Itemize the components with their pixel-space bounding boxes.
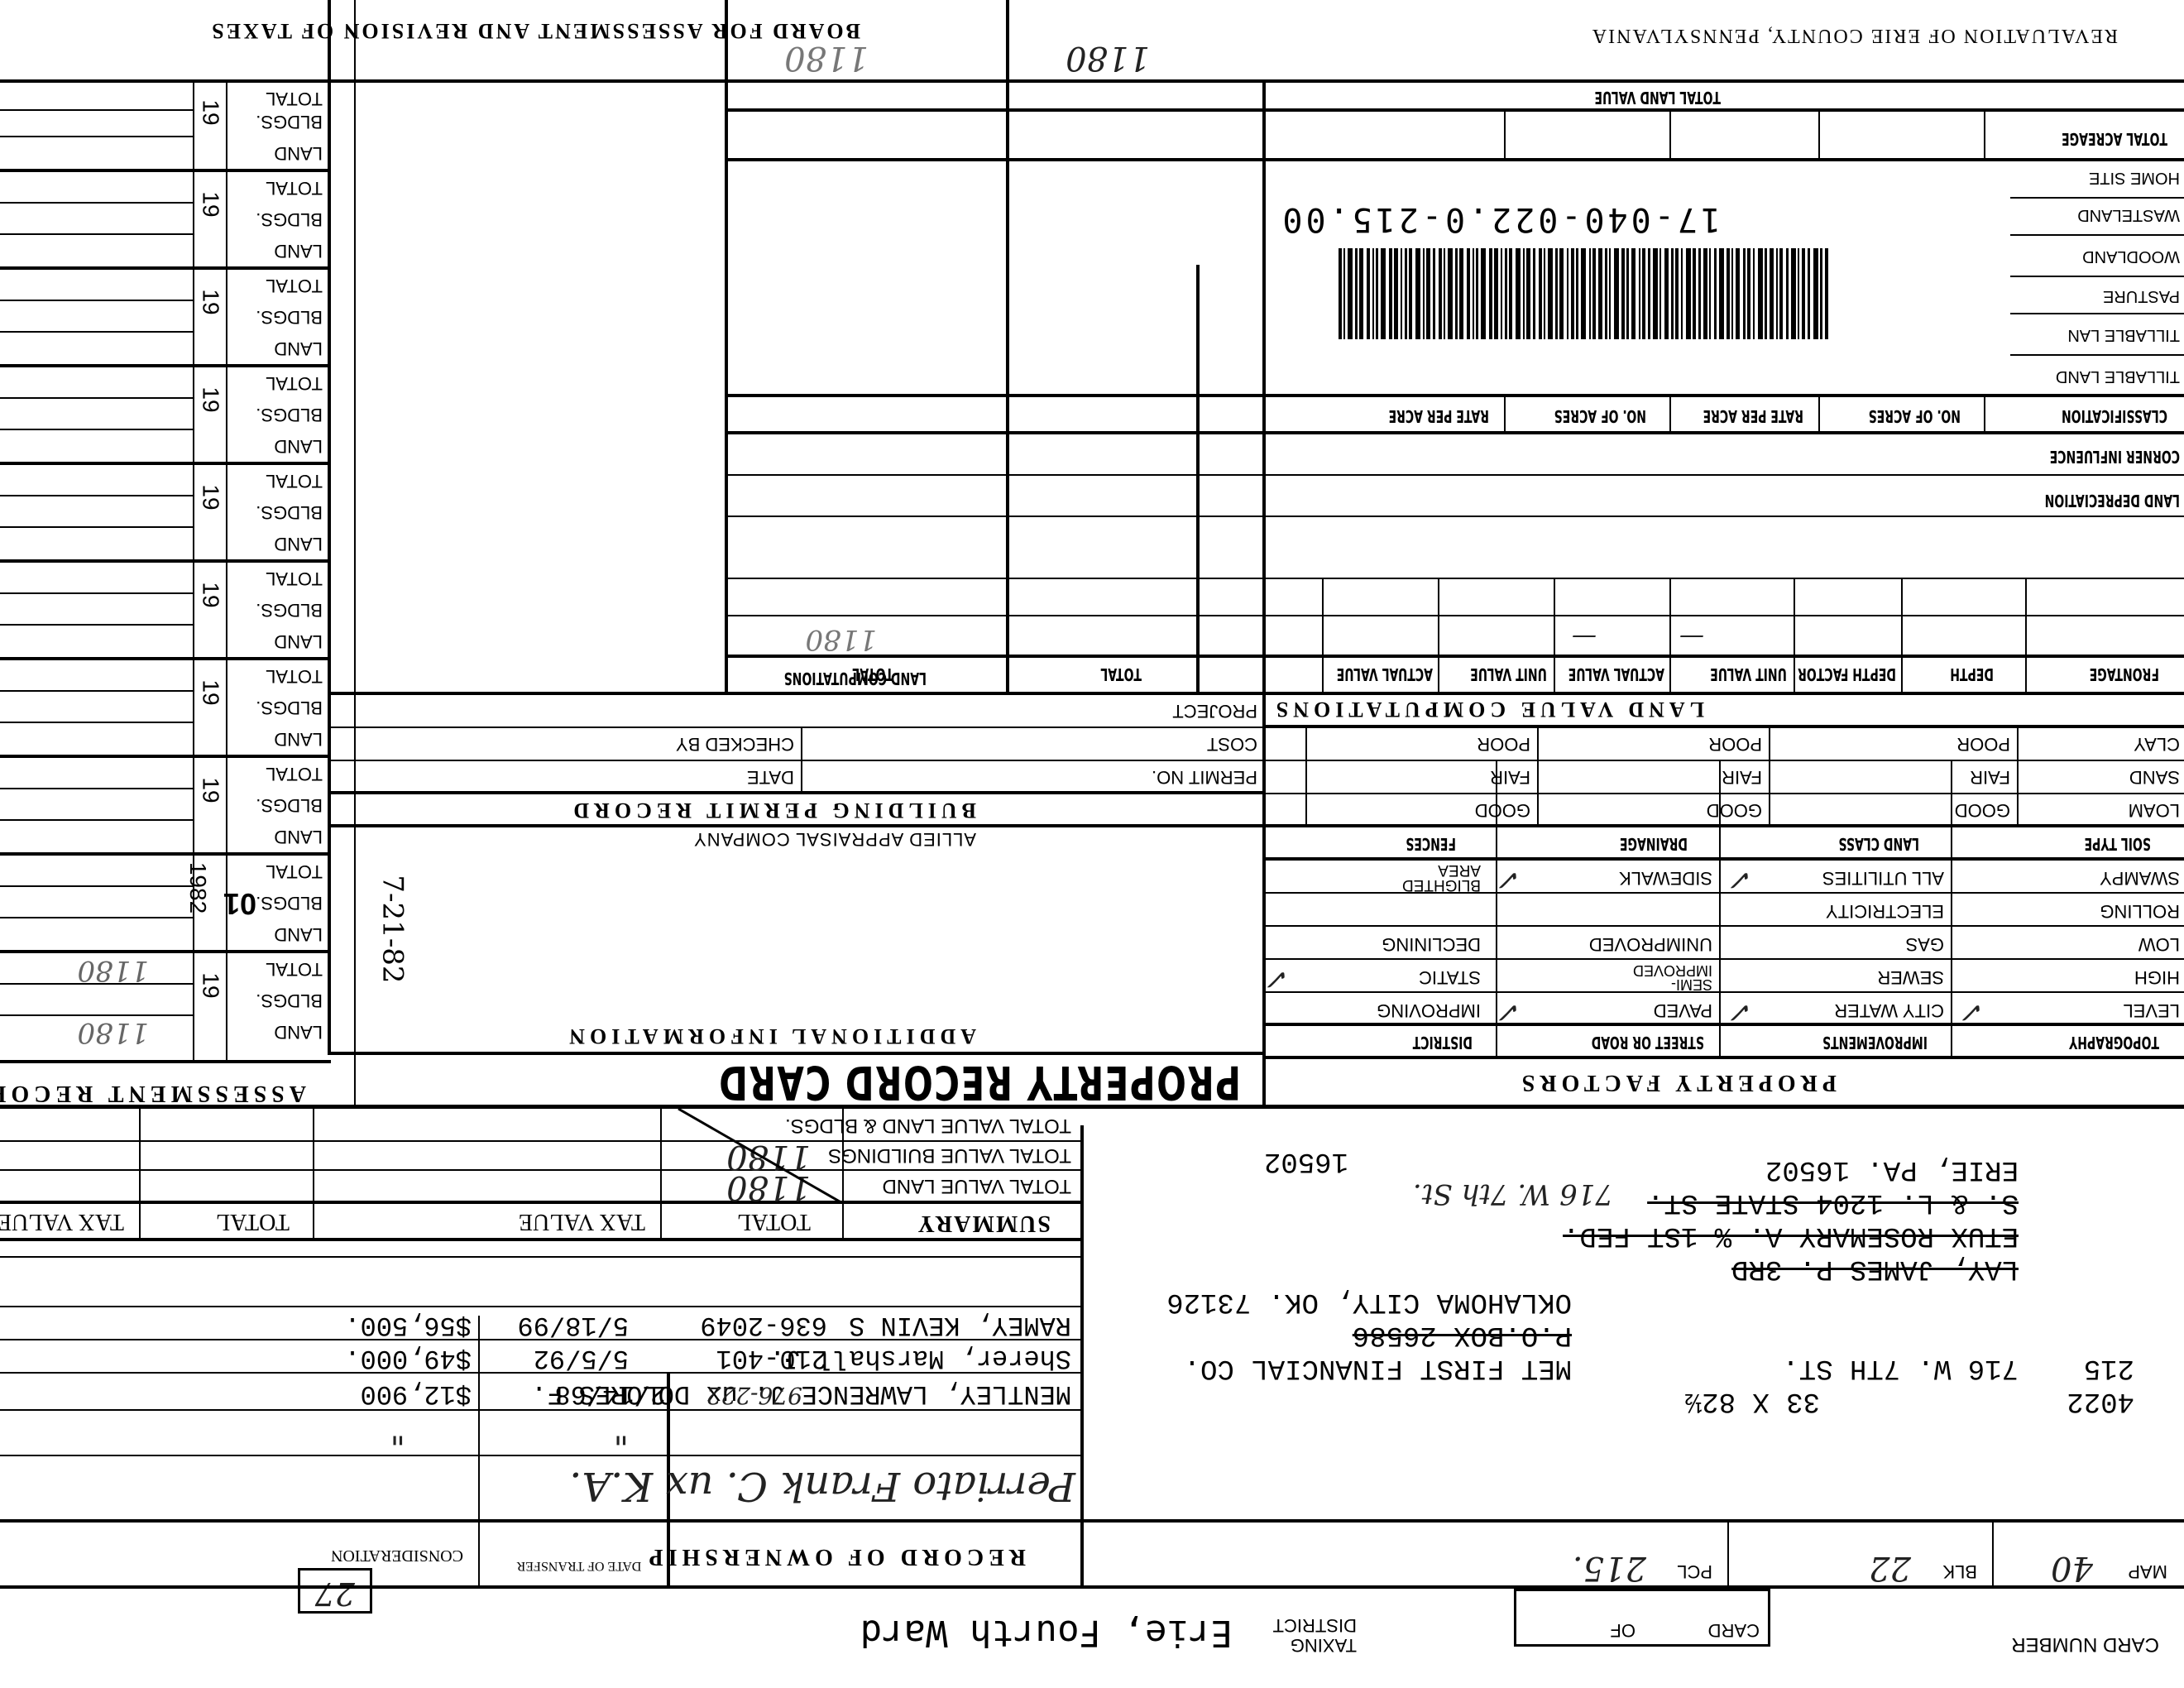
- acreage-no-of-acres-1: NO. OF ACRES: [1869, 408, 1961, 424]
- board-title: BOARD FOR ASSESSMENT AND REVISION OF TAX…: [209, 20, 860, 41]
- building-permit-title: BUILDING PERMIT RECORD: [568, 799, 976, 821]
- summary-buildings-label: TOTAL VALUE BUILDINGS: [828, 1145, 1071, 1165]
- permit-project-label: PROJECT: [1172, 702, 1257, 720]
- drainage-poor[interactable]: POOR: [1708, 735, 1762, 753]
- check-mark-icon: ✓: [1267, 965, 1291, 993]
- box-number: 27: [298, 1568, 372, 1614]
- struck-owner-1: LAY, JAMES P. 3RD: [1731, 1254, 2019, 1283]
- card-label: CARD: [1708, 1621, 1760, 1639]
- summary-total-header-2: TOTAL: [216, 1210, 290, 1233]
- date-stamp: 7-21-82: [378, 875, 406, 983]
- summary-tax-value-header: TAX VALUE: [519, 1210, 645, 1233]
- land-value-title: LAND VALUE COMPUTATIONS: [1272, 698, 1704, 720]
- acreage-row-pasture: PASTURE: [2103, 288, 2180, 305]
- col-land-class: LAND CLASS: [1838, 836, 1919, 852]
- pf-electricity[interactable]: ELECTRICITY: [1826, 902, 1944, 920]
- assessment-record-title: ASSESSMENT RECORD: [0, 1081, 306, 1105]
- pf-semi-improved[interactable]: SEMI-IMPROVED: [1613, 963, 1712, 991]
- pf-improving[interactable]: IMPROVING: [1377, 1001, 1481, 1019]
- struck-owner-2: ETUX ROSEMARY A. % 1ST FED.: [1563, 1221, 2019, 1249]
- ownership-row-3-ref: 976-222: [706, 1383, 802, 1407]
- pf-sidewalk[interactable]: SIDEWALK: [1619, 869, 1712, 887]
- summary-title: SUMMARY: [917, 1211, 1051, 1235]
- blk-label: BLK: [1942, 1562, 1977, 1580]
- summary-tax-value-header-2: TAX VALUE: [0, 1210, 124, 1233]
- land-depreciation-label: LAND DEPRECIATION: [2045, 492, 2180, 509]
- lv-unit-value-2: UNIT VALUE: [1470, 666, 1547, 683]
- fences-poor[interactable]: POOR: [1477, 735, 1530, 753]
- pcl-label: PCL: [1677, 1562, 1712, 1580]
- land-class-poor[interactable]: POOR: [1956, 735, 2010, 753]
- lv-actual-value-dash: —: [1572, 625, 1597, 650]
- lv-unit-value-1: UNIT VALUE: [1710, 666, 1787, 683]
- owner-po-box: P.O.BOX 26586: [1353, 1321, 1572, 1349]
- total-land-value-2: 1180: [784, 41, 869, 74]
- lv-actual-value-1: ACTUAL VALUE: [1569, 666, 1664, 683]
- permit-no-label: PERMIT NO.: [1152, 768, 1257, 786]
- ownership-row-3-date: 2/14/68: [555, 1380, 666, 1407]
- lv-total-2: TOTAL: [852, 666, 893, 683]
- permit-checked-by-label: CHECKED BY: [676, 735, 794, 753]
- consideration-header: CONSIDERATION: [331, 1547, 463, 1564]
- pf-level[interactable]: LEVEL: [2124, 1001, 2181, 1019]
- pf-static[interactable]: STATIC: [1419, 968, 1481, 986]
- col-topography: TOPOGRAPHY: [2069, 1034, 2159, 1051]
- parcel-barcode: [1125, 248, 1828, 339]
- corner-influence-label: CORNER INFLUENCE: [2050, 448, 2180, 465]
- total-land-value-label: TOTAL LAND VALUE: [1594, 89, 1721, 106]
- handwritten-address: 716 W. 7th St.: [1413, 1180, 1613, 1208]
- permit-date-label: DATE: [747, 768, 794, 786]
- date-of-transfer-header: DATE OF TRANSFER: [505, 1559, 654, 1572]
- fences-fair[interactable]: FAIR: [1490, 768, 1530, 786]
- card-title: PROPERTY RECORD CARD: [718, 1058, 1241, 1105]
- owner-line2-num: 215: [2084, 1354, 2134, 1382]
- barcode-text: 17-040-022.0-215.00: [1279, 203, 1721, 236]
- lv-total-1: TOTAL: [1100, 666, 1142, 683]
- total-acreage-label: TOTAL ACREAGE: [2062, 131, 2167, 147]
- pf-city-water[interactable]: CITY WATER: [1834, 1001, 1944, 1019]
- land-class-good[interactable]: GOOD: [1955, 801, 2010, 819]
- property-address: 716 W. 7TH ST.: [1782, 1354, 2019, 1382]
- card-number-label: CARD NUMBER: [2011, 1633, 2159, 1655]
- pf-blighted-area[interactable]: BLIGHTED AREA: [1390, 862, 1481, 892]
- acreage-row-woodland: WOODLAND: [2082, 248, 2180, 265]
- lv-depth: DEPTH: [1950, 666, 1994, 683]
- acreage-classification: CLASSIFICATION: [2062, 408, 2167, 424]
- of-label: OF: [1610, 1621, 1636, 1639]
- ownership-row-5-name: RAMEY, KEVIN S: [849, 1312, 1071, 1338]
- acreage-rate-per-acre-2: RATE PER ACRE: [1389, 408, 1489, 424]
- map-value: 40: [2051, 1551, 2093, 1585]
- ownership-row-5-ref: 636-2049: [700, 1312, 827, 1338]
- lv-depth-factor: DEPTH FACTOR: [1798, 666, 1896, 683]
- summary-land-label: TOTAL VALUE LAND: [882, 1176, 1071, 1196]
- map-label: MAP: [2128, 1562, 2167, 1580]
- ownership-row-2-consideration: ": [390, 1415, 405, 1448]
- summary-strike-line: [662, 1109, 844, 1204]
- land-class-fair[interactable]: FAIR: [1970, 768, 2010, 786]
- check-mark-icon: ✓: [1731, 998, 1755, 1026]
- col-fences: FENCES: [1406, 836, 1456, 852]
- acreage-row-home-site: HOME SITE: [2089, 170, 2180, 186]
- ownership-row-2-date: ": [614, 1415, 629, 1448]
- pcl-value: 215.: [1573, 1551, 1646, 1585]
- blk-value: 22: [1869, 1551, 1911, 1585]
- additional-info-title: ADDITIONAL INFORMATION: [564, 1025, 976, 1047]
- check-mark-icon: ✓: [1499, 998, 1523, 1026]
- owner-city: OKLAHOMA CITY, OK. 73126: [1166, 1288, 1572, 1316]
- pf-low[interactable]: LOW: [2138, 935, 2180, 953]
- owner-name: MET FIRST FINANCIAL CO.: [1184, 1354, 1572, 1382]
- pf-unimproved[interactable]: UNIMPROVED: [1589, 935, 1712, 953]
- col-improvements: IMPROVEMENTS: [1822, 1034, 1928, 1051]
- owner-city-line: ERIE, PA. 16502: [1765, 1155, 2019, 1183]
- taxing-district-value: Erie, Fourth Ward: [860, 1614, 1233, 1651]
- revaluation-title: REVALUATION OF ERIE COUNTY, PENNSYLVANIA: [1591, 26, 2118, 46]
- ownership-row-4-ref: 210-401: [716, 1345, 827, 1371]
- lv-unit-value-dash: —: [1679, 625, 1704, 650]
- check-mark-icon: ✓: [1962, 998, 1986, 1026]
- summary-total-header: TOTAL: [737, 1210, 811, 1233]
- ownership-row-5-consideration: $56,500.: [344, 1312, 472, 1338]
- pf-declining[interactable]: DECLINING: [1382, 935, 1481, 953]
- fences-good[interactable]: GOOD: [1475, 801, 1530, 819]
- check-mark-icon: ✓: [1731, 866, 1755, 894]
- pf-paved[interactable]: PAVED: [1654, 1001, 1712, 1019]
- lv-frontage: FRONTAGE: [2090, 666, 2159, 683]
- soil-clay[interactable]: CLAY: [2134, 735, 2180, 753]
- handwritten-zip: 16502: [1264, 1147, 1348, 1175]
- ownership-row-4-date: 5/5/92: [534, 1345, 629, 1371]
- ownership-row-5-date: 5/18/99: [518, 1312, 629, 1338]
- ownership-title: RECORD OF OWNERSHIP: [644, 1545, 1026, 1568]
- pf-all-utilities[interactable]: ALL UTILITIES: [1822, 869, 1944, 887]
- col-district: DISTRICT: [1413, 1034, 1473, 1051]
- ownership-row-3-consideration: $12,900: [361, 1380, 472, 1407]
- acreage-no-of-acres-2: NO. OF ACRES: [1554, 408, 1646, 424]
- drainage-good[interactable]: GOOD: [1707, 801, 1762, 819]
- lv-total-handwritten: 1180: [805, 626, 877, 654]
- col-drainage: DRAINAGE: [1620, 836, 1688, 852]
- pf-gas[interactable]: GAS: [1906, 935, 1944, 953]
- pf-high[interactable]: HIGH: [2134, 968, 2180, 986]
- ownership-row-1-name: Perriato Frank C. ux K.A.: [569, 1466, 1075, 1506]
- owner-lot-size: 33 X 82½: [1685, 1387, 1820, 1415]
- col-street-or-road: STREET OR ROAD: [1592, 1034, 1704, 1051]
- acreage-row-tillable-lan: TILLABLE LAN: [2067, 327, 2180, 343]
- owner-line1-left: 4022: [2067, 1387, 2134, 1415]
- soil-loam[interactable]: LOAM: [2129, 801, 2180, 819]
- acreage-row-wasteland: WASTELAND: [2077, 207, 2180, 223]
- pf-sewer[interactable]: SEWER: [1877, 968, 1944, 986]
- lv-actual-value-2: ACTUAL VALUE: [1337, 666, 1433, 683]
- struck-owner-3: S. & L. 1204 STATE ST.: [1647, 1188, 2019, 1216]
- permit-cost-label: COST: [1207, 735, 1257, 753]
- allied-appraisal-company: ALLIED APPRAISAL COMPANY: [693, 830, 976, 848]
- soil-sand[interactable]: SAND: [2129, 768, 2180, 786]
- drainage-fair[interactable]: FAIR: [1722, 768, 1762, 786]
- acreage-rate-per-acre-1: RATE PER ACRE: [1703, 408, 1803, 424]
- property-factors-title: PROPERTY FACTORS: [1517, 1071, 1837, 1094]
- card-of-box[interactable]: CARD OF: [1514, 1589, 1770, 1647]
- pf-rolling[interactable]: ROLLING: [2100, 902, 2180, 920]
- check-mark-icon: ✓: [1499, 866, 1523, 894]
- col-soil-type: SOIL TYPE: [2085, 836, 2152, 852]
- taxing-district-label: TAXING DISTRICT: [1249, 1615, 1357, 1655]
- total-land-value: 1180: [1066, 41, 1150, 74]
- pf-swampy[interactable]: SWAMPY: [2100, 869, 2180, 887]
- property-record-card: CARD NUMBER CARD OF TAXING DISTRICT Erie…: [0, 0, 2184, 1688]
- acreage-row-tillable-land: TILLABLE LAND: [2056, 368, 2180, 385]
- ownership-row-4-consideration: $49,000.: [344, 1345, 472, 1371]
